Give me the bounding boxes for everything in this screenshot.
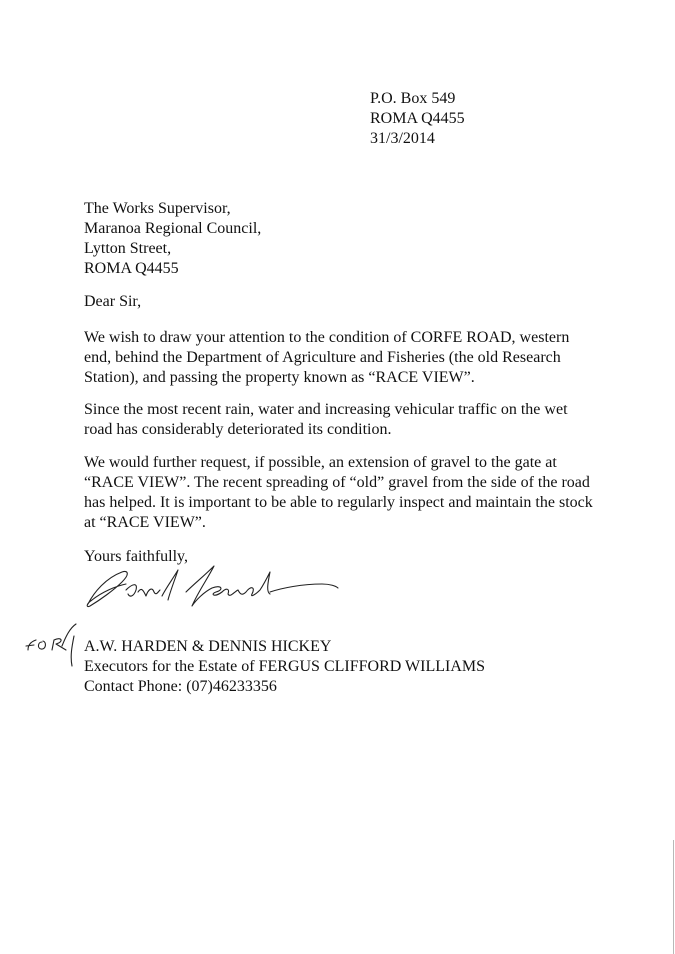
- recipient-title: The Works Supervisor,: [84, 199, 261, 219]
- signature-icon: [82, 562, 342, 612]
- salutation: Dear Sir,: [84, 292, 141, 312]
- signatory-role: Executors for the Estate of FERGUS CLIFF…: [84, 657, 485, 677]
- for-prefix-handwritten-icon: [22, 622, 88, 668]
- paragraph-line: We wish to draw your attention to the co…: [84, 328, 569, 348]
- sender-town: ROMA Q4455: [370, 109, 465, 129]
- scan-artifact-line: [673, 840, 674, 954]
- paragraph-road-condition: We wish to draw your attention to the co…: [84, 328, 569, 388]
- paragraph-line: at “RACE VIEW”.: [84, 513, 593, 533]
- contact-phone: Contact Phone: (07)46233356: [84, 677, 485, 697]
- paragraph-line: We would further request, if possible, a…: [84, 453, 593, 473]
- paragraph-line: end, behind the Department of Agricultur…: [84, 348, 569, 368]
- sender-po-box: P.O. Box 549: [370, 89, 465, 109]
- paragraph-line: “RACE VIEW”. The recent spreading of “ol…: [84, 473, 593, 493]
- paragraph-gravel-request: We would further request, if possible, a…: [84, 453, 593, 533]
- letter-date: 31/3/2014: [370, 129, 465, 149]
- signatory-block: A.W. HARDEN & DENNIS HICKEY Executors fo…: [84, 637, 485, 697]
- recipient-street: Lytton Street,: [84, 239, 261, 259]
- recipient-address: The Works Supervisor, Maranoa Regional C…: [84, 199, 261, 279]
- sender-address: P.O. Box 549 ROMA Q4455 31/3/2014: [370, 89, 465, 149]
- paragraph-line: has helped. It is important to be able t…: [84, 493, 593, 513]
- recipient-organisation: Maranoa Regional Council,: [84, 219, 261, 239]
- paragraph-line: Since the most recent rain, water and in…: [84, 400, 568, 420]
- signatory-names: A.W. HARDEN & DENNIS HICKEY: [84, 637, 485, 657]
- paragraph-line: road has considerably deteriorated its c…: [84, 420, 568, 440]
- recipient-town: ROMA Q4455: [84, 259, 261, 279]
- paragraph-line: Station), and passing the property known…: [84, 368, 569, 388]
- paragraph-deterioration: Since the most recent rain, water and in…: [84, 400, 568, 440]
